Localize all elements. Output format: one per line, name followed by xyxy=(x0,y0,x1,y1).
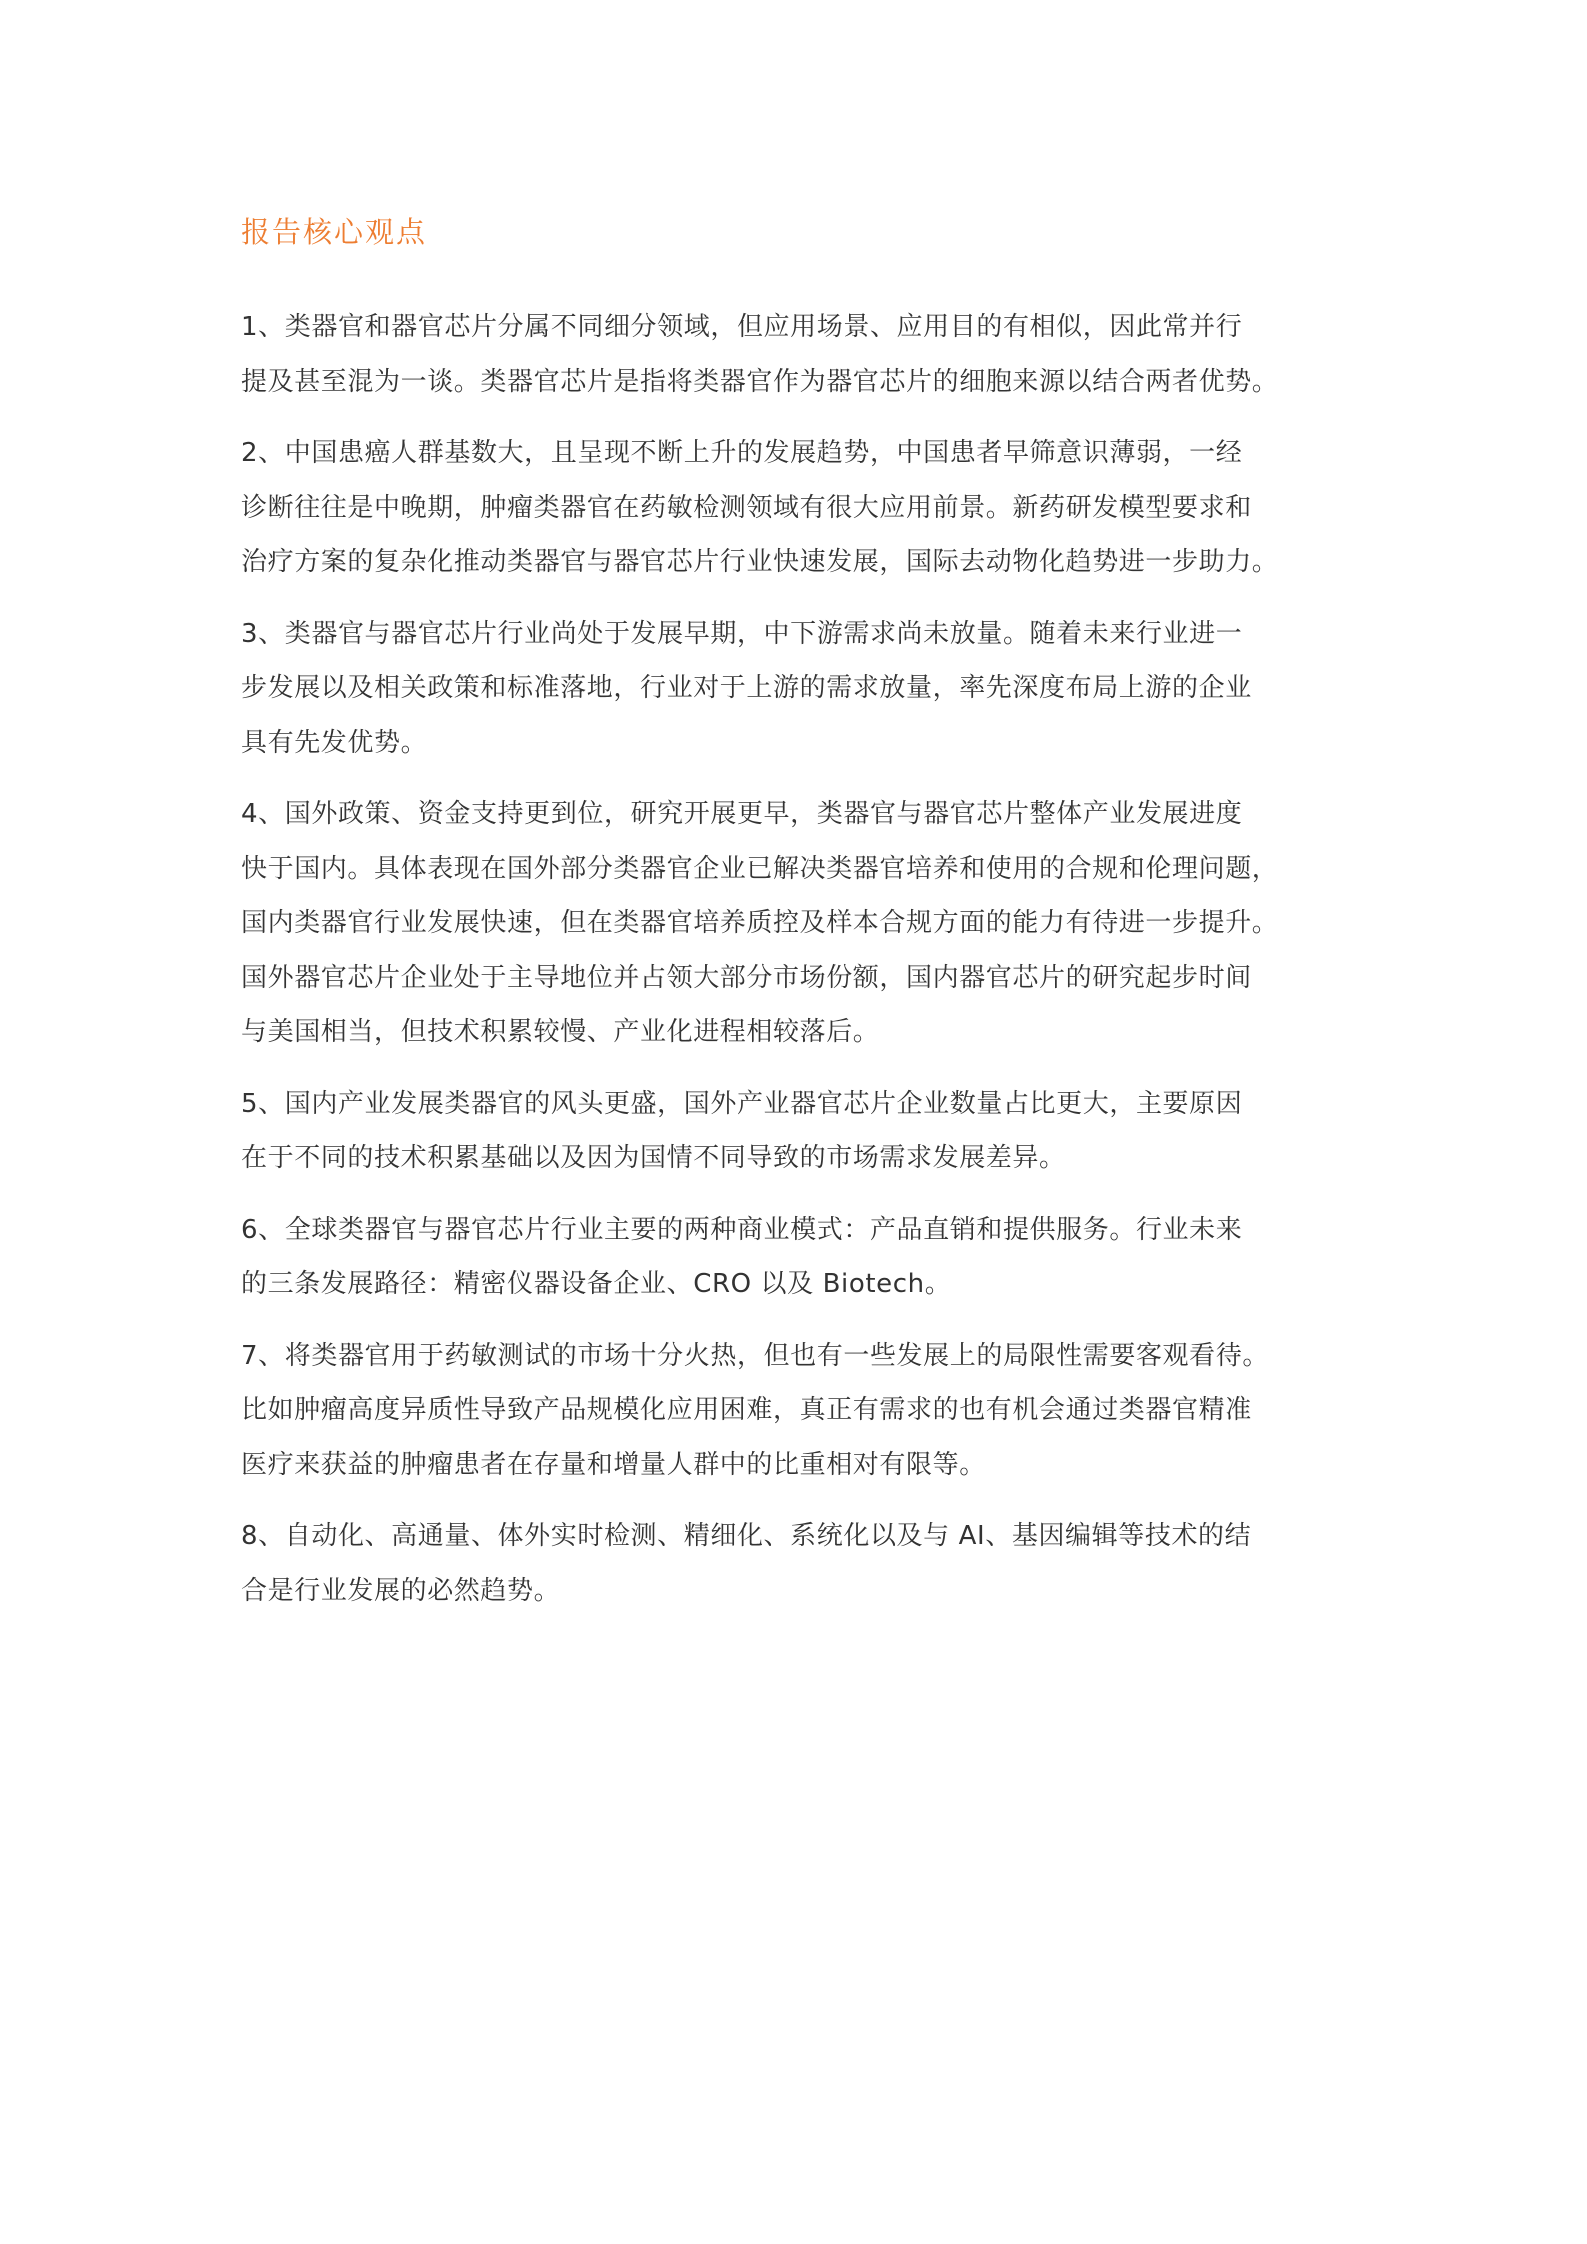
paragraph-line: 比如肿瘤高度异质性导致产品规模化应用困难，真正有需求的也有机会通过类器官精准 xyxy=(241,1383,1351,1438)
paragraph-line: 诊断往往是中晚期，肿瘤类器官在药敏检测领域有很大应用前景。新药研发模型要求和 xyxy=(241,481,1351,536)
paragraph-line: 6、全球类器官与器官芯片行业主要的两种商业模式：产品直销和提供服务。行业未来 xyxy=(241,1203,1351,1258)
paragraph-7: 7、将类器官用于药敏测试的市场十分火热，但也有一些发展上的局限性需要客观看待。 … xyxy=(241,1329,1351,1493)
paragraph-5: 5、国内产业发展类器官的风头更盛，国外产业器官芯片企业数量占比更大，主要原因 在… xyxy=(241,1077,1351,1186)
paragraph-line: 3、类器官与器官芯片行业尚处于发展早期，中下游需求尚未放量。随着未来行业进一 xyxy=(241,607,1351,662)
paragraph-8: 8、自动化、高通量、体外实时检测、精细化、系统化以及与 AI、基因编辑等技术的结… xyxy=(241,1509,1351,1618)
paragraph-line: 快于国内。具体表现在国外部分类器官企业已解决类器官培养和使用的合规和伦理问题， xyxy=(241,842,1351,897)
paragraph-4: 4、国外政策、资金支持更到位，研究开展更早，类器官与器官芯片整体产业发展进度 快… xyxy=(241,787,1351,1060)
paragraph-line: 治疗方案的复杂化推动类器官与器官芯片行业快速发展，国际去动物化趋势进一步助力。 xyxy=(241,535,1351,590)
paragraph-line: 步发展以及相关政策和标准落地，行业对于上游的需求放量，率先深度布局上游的企业 xyxy=(241,661,1351,716)
paragraph-line: 医疗来获益的肿瘤患者在存量和增量人群中的比重相对有限等。 xyxy=(241,1438,1351,1493)
paragraph-line: 1、类器官和器官芯片分属不同细分领域，但应用场景、应用目的有相似，因此常并行 xyxy=(241,300,1351,355)
paragraph-line: 在于不同的技术积累基础以及因为国情不同导致的市场需求发展差异。 xyxy=(241,1131,1351,1186)
paragraph-line: 与美国相当，但技术积累较慢、产业化进程相较落后。 xyxy=(241,1005,1351,1060)
paragraph-3: 3、类器官与器官芯片行业尚处于发展早期，中下游需求尚未放量。随着未来行业进一 步… xyxy=(241,607,1351,771)
paragraph-line: 7、将类器官用于药敏测试的市场十分火热，但也有一些发展上的局限性需要客观看待。 xyxy=(241,1329,1351,1384)
paragraph-line: 具有先发优势。 xyxy=(241,716,1351,771)
paragraph-line: 国外器官芯片企业处于主导地位并占领大部分市场份额，国内器官芯片的研究起步时间 xyxy=(241,951,1351,1006)
paragraph-2: 2、中国患癌人群基数大，且呈现不断上升的发展趋势，中国患者早筛意识薄弱，一经 诊… xyxy=(241,426,1351,590)
paragraph-line: 的三条发展路径：精密仪器设备企业、CRO 以及 Biotech。 xyxy=(241,1257,1351,1312)
paragraph-line: 5、国内产业发展类器官的风头更盛，国外产业器官芯片企业数量占比更大，主要原因 xyxy=(241,1077,1351,1132)
paragraph-line: 国内类器官行业发展快速，但在类器官培养质控及样本合规方面的能力有待进一步提升。 xyxy=(241,896,1351,951)
section-heading: 报告核心观点 xyxy=(241,208,1351,256)
paragraph-line: 合是行业发展的必然趋势。 xyxy=(241,1564,1351,1619)
paragraph-6: 6、全球类器官与器官芯片行业主要的两种商业模式：产品直销和提供服务。行业未来 的… xyxy=(241,1203,1351,1312)
paragraph-line: 2、中国患癌人群基数大，且呈现不断上升的发展趋势，中国患者早筛意识薄弱，一经 xyxy=(241,426,1351,481)
paragraph-line: 4、国外政策、资金支持更到位，研究开展更早，类器官与器官芯片整体产业发展进度 xyxy=(241,787,1351,842)
paragraph-1: 1、类器官和器官芯片分属不同细分领域，但应用场景、应用目的有相似，因此常并行 提… xyxy=(241,300,1351,409)
paragraph-line: 8、自动化、高通量、体外实时检测、精细化、系统化以及与 AI、基因编辑等技术的结 xyxy=(241,1509,1351,1564)
paragraph-line: 提及甚至混为一谈。类器官芯片是指将类器官作为器官芯片的细胞来源以结合两者优势。 xyxy=(241,355,1351,410)
document-page: 报告核心观点 1、类器官和器官芯片分属不同细分领域，但应用场景、应用目的有相似，… xyxy=(241,208,1351,1635)
